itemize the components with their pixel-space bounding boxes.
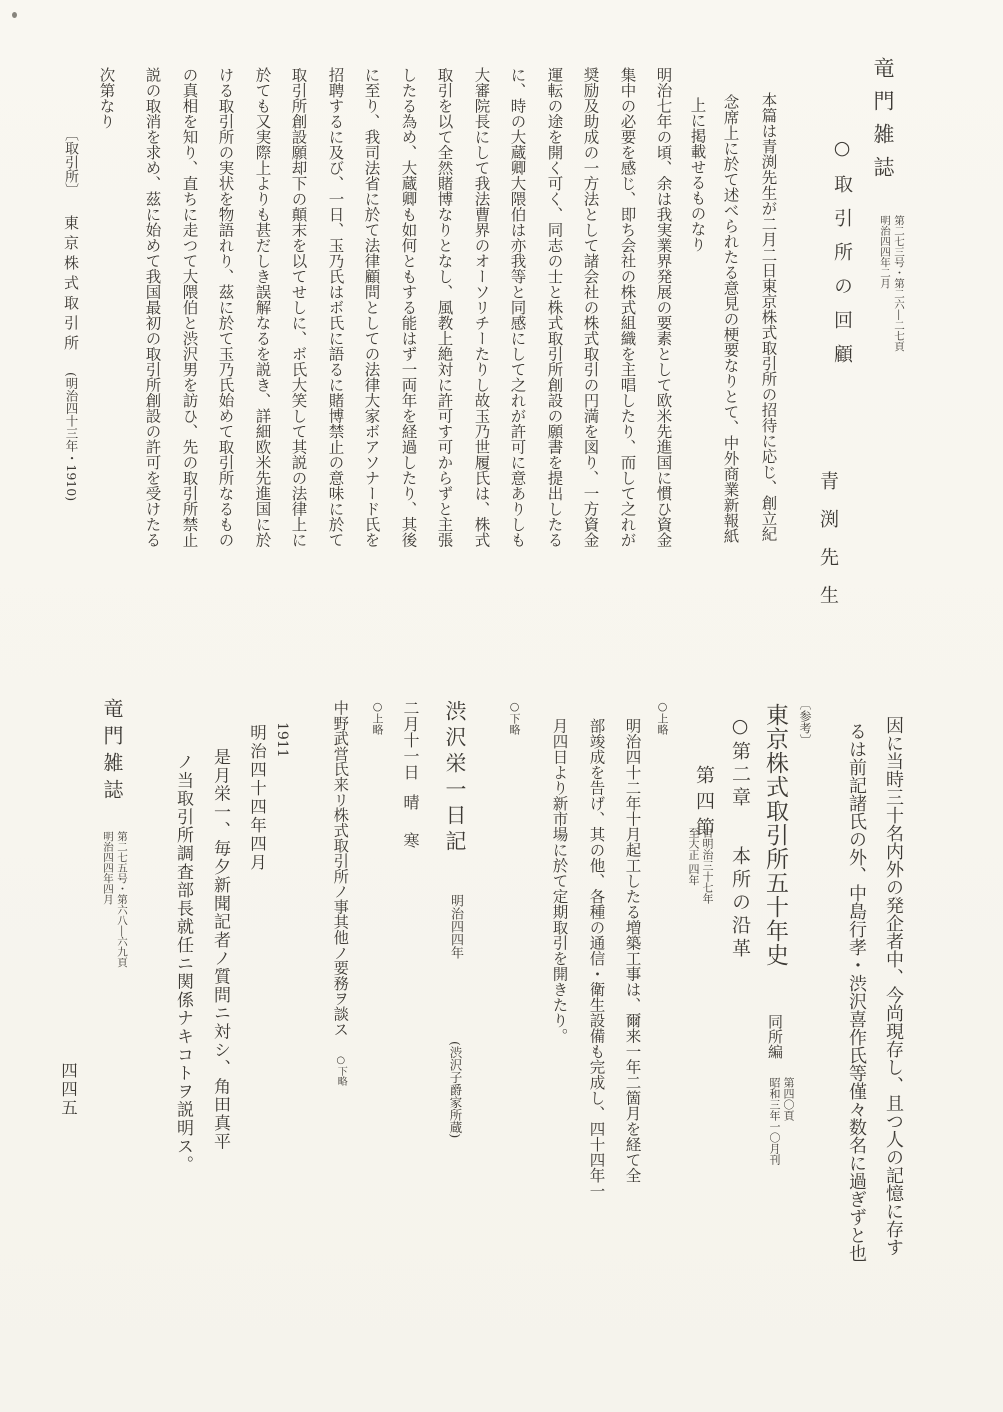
entry-column: 是月栄一、毎夕新聞記者ノ質問ニ対シ、角田真平 <box>211 748 228 1151</box>
diary-heading: 渋沢栄一日記 明治四四年 (渋沢子爵家所蔵) <box>444 700 465 1139</box>
addendum-column: るは前記諸氏の外、中島行孝・渋沢喜作氏等僅々数名に過ぎずと也 <box>847 722 865 1262</box>
diary-date-line: 二月十一日 晴 寒 <box>402 700 418 848</box>
entry-column: ノ当取引所調査部長就任ニ関係ナキコトヲ説明ス。 <box>174 753 191 1174</box>
source-label: 〔取引所〕 <box>63 127 79 197</box>
page-number: 四四五 <box>59 1062 76 1118</box>
excerpt-column: 月四日より新市場に於て定期取引を開きたり。 <box>551 718 567 1044</box>
date-heading: 明治四十四年四月 <box>248 724 265 872</box>
journal-header-title: 竜門雑誌 <box>872 57 893 189</box>
source-year: (明治四十三年・1910) <box>64 372 79 501</box>
section-range: 自明治三十七年 至大正 四年 <box>686 827 714 904</box>
diary-weather-cold: 寒 <box>401 832 420 848</box>
diary-date: 二月十一日 <box>401 700 420 780</box>
body-column: に至り、我司法省に於て法律顧問としての法律大家ボアソナード氏を <box>363 67 379 548</box>
note-column: 念席上に於て述べられたる意見の梗要なりとて、中外商業新報紙 <box>722 94 738 544</box>
body-column: 奨励及助成の一方法として諸会社の株式取引の円満を図り、一方資金 <box>582 67 598 548</box>
journal-footer-issue-number: 第二七五号・第六八―六九頁 <box>115 831 129 968</box>
body-column: 大審院長にして我法曹界のオーソリチーたりし故玉乃世履氏は、株式 <box>473 67 489 548</box>
journal-footer-title: 竜門雑誌 <box>102 698 122 806</box>
journal-issue-number: 第二七三号・第二六―二七頁 <box>892 215 906 352</box>
body-column: 明治七年の頃、余は我実業界発展の要素として欧米先進国に慣ひ資金 <box>655 67 671 548</box>
reference-label: 〔参考〕 <box>799 698 811 746</box>
body-column: 取引を以て全然賭博なりとなし、風教上絶対に許可す可からずと主張 <box>436 67 452 548</box>
body-column: 運転の途を開く可く、同志の士と株式取引所創設の願書を提出したる <box>546 67 562 548</box>
body-column-last: 次第なり <box>98 67 114 129</box>
reference-book: 東京株式取引所五十年史 同所編 第四〇頁 昭和三年一〇月刊 <box>763 703 795 1165</box>
book-editor: 同所編 <box>766 1014 784 1059</box>
note-column: 上に掲載せるものなり <box>689 97 705 252</box>
section-range-from: 自明治三十七年 <box>700 827 714 904</box>
body-column: ける取引所の実状を物語れり、茲に於て玉乃氏始めて取引所なるもの <box>217 67 233 548</box>
body-column: に、時の大蔵卿大隈伯は亦我等と同感にして之れが許可に意ありしも <box>509 67 525 548</box>
chapter-title: 本所の沿革 <box>729 846 751 961</box>
diary-source: (渋沢子爵家所蔵) <box>448 1041 463 1138</box>
book-title: 東京株式取引所五十年史 <box>762 703 788 967</box>
diary-entry-column: 中野武営氏来リ株式取引所ノ事其他ノ要務ヲ談ス ○下略 <box>332 700 347 1086</box>
source-name: 東京株式取引所 <box>62 215 80 355</box>
body-column: 招聘するに及び、一日、玉乃氏はボ氏に語るに賭博禁止の意味に於て <box>327 67 343 548</box>
omission-mark-top: ○上略 <box>657 700 668 735</box>
omission-mark-top-2: ○上略 <box>372 700 383 735</box>
article-title: ○取引所の回顧 <box>832 137 851 378</box>
diary-year: 明治四四年 <box>448 894 463 959</box>
chapter-heading: ○第二章 本所の沿革 <box>730 715 749 961</box>
scanned-document-page: 竜門雑誌 第二七三号・第二六―二七頁 明治四四年二月 ○取引所の回顧 青渕先生 … <box>0 0 1003 1412</box>
body-column: 取引所創設願却下の顛末を以てせしに、ボ氏大笑して其説の法律上に <box>290 67 306 548</box>
addendum-column: 因に当時三十名内外の発企者中、今尚現存し、且つ人の記憶に存す <box>884 716 902 1256</box>
body-column: 説の取消を求め、茲に始めて我国最初の取引所創設の許可を受けたる <box>144 67 160 548</box>
journal-header-issue-block: 第二七三号・第二六―二七頁 明治四四年二月 <box>878 215 906 352</box>
source-citation: 〔取引所〕 東京株式取引所 (明治四十三年・1910) <box>63 127 78 501</box>
journal-footer-issue-block: 第二七五号・第六八―六九頁 明治四四年四月 <box>101 831 129 968</box>
section-range-to: 至大正 四年 <box>686 827 700 904</box>
omission-mark-bottom: ○下略 <box>509 700 520 735</box>
excerpt-column: 明治四十二年十月起工したる増築工事は、爾来一年二箇月を経て全 <box>624 718 640 1183</box>
byline-seien-sensei: 青渕先生 <box>818 471 837 623</box>
diary-title: 渋沢栄一日記 <box>443 700 467 856</box>
journal-footer-issue-date: 明治四四年四月 <box>101 831 115 968</box>
omission-mark-bottom-2: ○下略 <box>335 1055 346 1086</box>
body-column: 集中の必要を感じ、即ち会社の株式組織を主唱したり、而して之れが <box>619 67 635 548</box>
note-column: 本篇は青渕先生が二月二日東京株式取引所の招待に応じ、創立紀 <box>760 92 776 542</box>
chapter-number: ○第二章 <box>729 715 751 810</box>
book-page-ref: 第四〇頁 <box>781 1077 795 1165</box>
scan-artifact <box>12 12 17 18</box>
journal-issue-date: 明治四四年二月 <box>878 215 892 352</box>
diary-entry-text: 中野武営氏来リ株式取引所ノ事其他ノ要務ヲ談ス <box>331 700 349 1037</box>
body-column: の真相を知り、直ちに走つて大隈伯と渋沢男を訪ひ、先の取引所禁止 <box>181 67 197 548</box>
body-column: 於ても又実際上よりも甚だしき誤解なるを説き、詳細欧米先進国に於 <box>254 67 270 548</box>
excerpt-column: 部竣成を告げ、其の他、各種の通信・衛生設備も完成し、四十四年一 <box>588 718 604 1199</box>
book-pub-info: 第四〇頁 昭和三年一〇月刊 <box>767 1077 795 1165</box>
book-pub-date: 昭和三年一〇月刊 <box>767 1077 781 1165</box>
diary-weather-clear: 晴 <box>401 794 420 810</box>
year-western: 1911 <box>275 722 289 758</box>
body-column: したる為め、大蔵卿も如何ともする能はず一両年を経過したり、其後 <box>400 67 416 548</box>
